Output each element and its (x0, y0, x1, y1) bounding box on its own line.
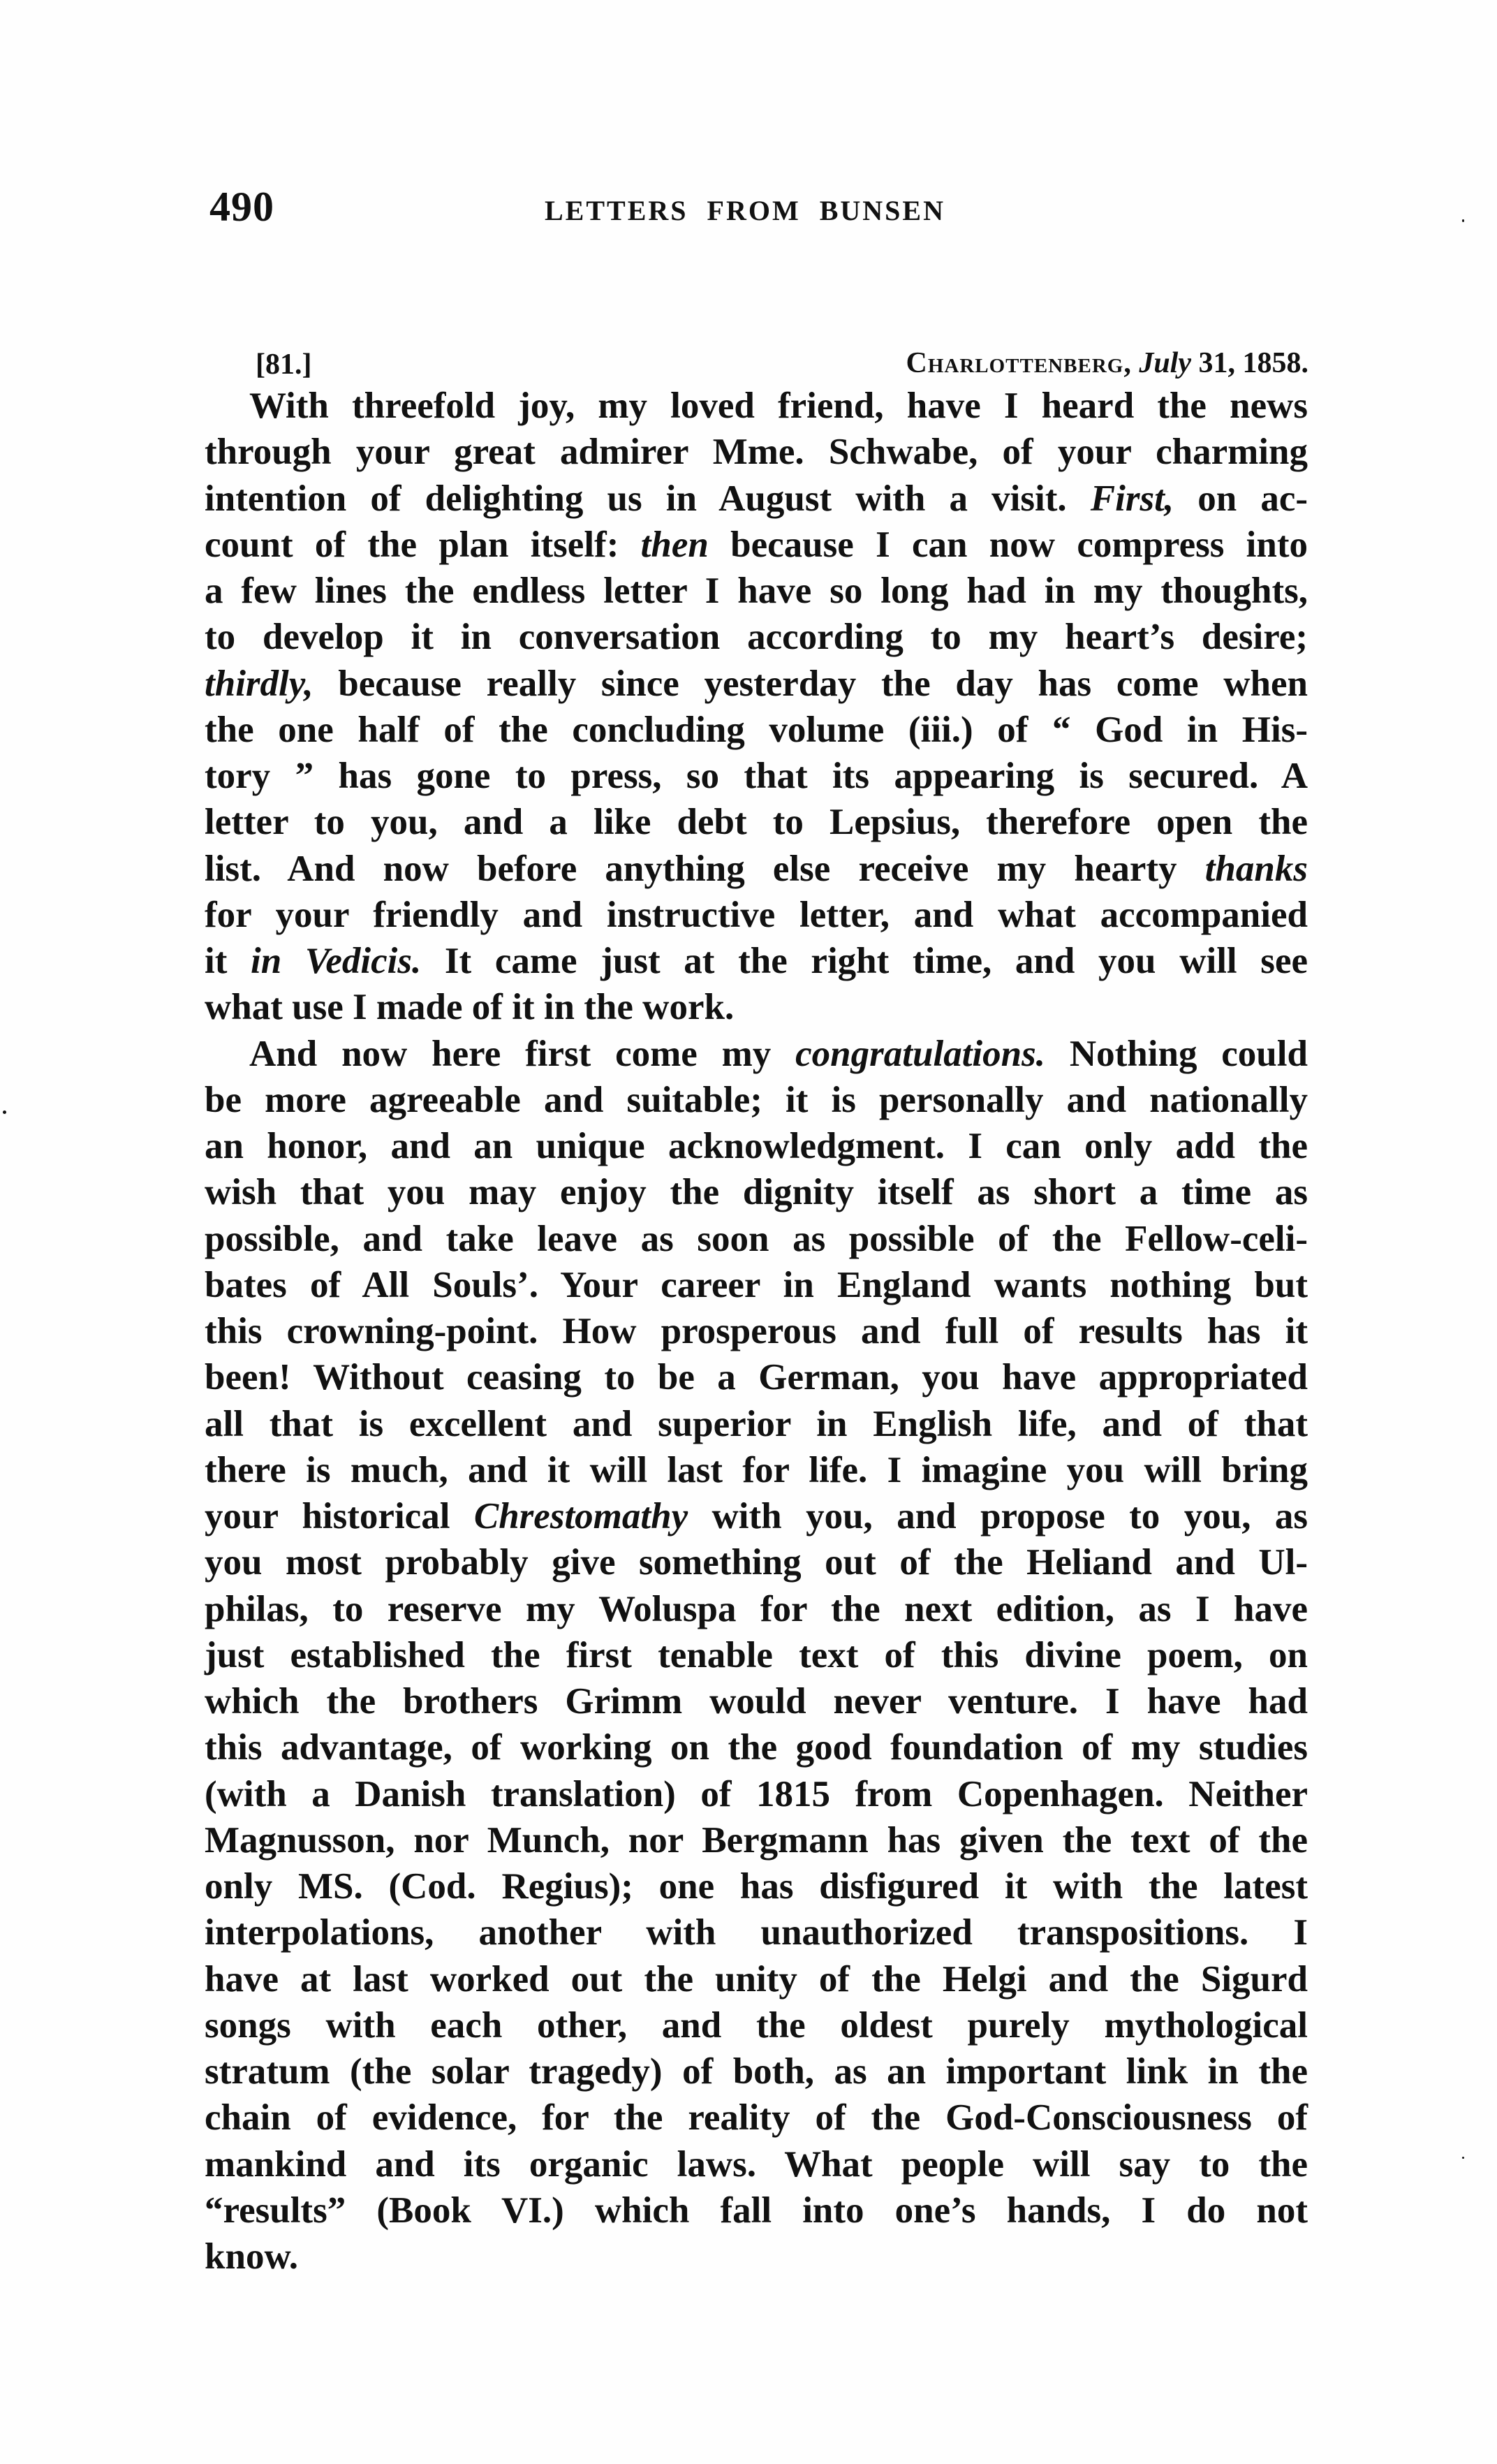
text-line: With threefold joy, my loved friend, hav… (205, 383, 1308, 429)
text-line: wish that you may enjoy the dignity itse… (205, 1169, 1308, 1215)
italic-phrase: First, (1091, 478, 1174, 519)
text-run: have at last worked out the unity of the… (205, 1959, 1308, 2000)
letter-day-year: 31, 1858. (1199, 347, 1309, 379)
text-run: for your friendly and instructive letter… (205, 895, 1308, 935)
text-line: it in Vedicis. It came just at the right… (205, 938, 1308, 984)
text-run: this crowning-point. How prosperous and … (205, 1311, 1308, 1351)
text-run: because I can now compress into (709, 525, 1308, 565)
italic-phrase: thirdly, (205, 663, 314, 704)
text-run: possible, and take leave as soon as poss… (205, 1219, 1308, 1259)
text-line: just established the first tenable text … (205, 1632, 1308, 1678)
text-run: this advantage, of working on the good f… (205, 1727, 1308, 1768)
text-run: just established the first tenable text … (205, 1635, 1308, 1675)
text-run: only MS. (Cod. Regius); one has disfigur… (205, 1866, 1308, 1907)
text-line: “results” (Book VI.) which fall into one… (205, 2187, 1308, 2234)
text-line: an honor, and an unique acknowledgment. … (205, 1123, 1308, 1169)
italic-phrase: in Vedicis. (251, 941, 421, 981)
text-line: a few lines the endless letter I have so… (205, 568, 1308, 614)
scan-speck (1462, 2157, 1464, 2159)
letter-number: [81.] (256, 348, 311, 381)
text-run: with you, and propose to you, as (688, 1496, 1308, 1537)
text-run: all that is excellent and superior in En… (205, 1404, 1308, 1444)
italic-phrase: then (641, 525, 709, 565)
text-line: possible, and take leave as soon as poss… (205, 1216, 1308, 1262)
text-line: Magnusson, nor Munch, nor Bergmann has g… (205, 1817, 1308, 1863)
scan-speck (1462, 219, 1464, 222)
letter-dateline: Charlottenberg, July 31, 1858. (906, 346, 1308, 380)
text-line: only MS. (Cod. Regius); one has disfigur… (205, 1863, 1308, 1909)
text-run: to develop it in conversation according … (205, 617, 1308, 657)
text-line: for your friendly and instructive letter… (205, 892, 1308, 938)
text-run: count of the plan itself: (205, 525, 641, 565)
text-run: letter to you, and a like debt to Lepsiu… (205, 802, 1308, 842)
text-run: songs with each other, and the oldest pu… (205, 2005, 1308, 2046)
text-line: to develop it in conversation according … (205, 614, 1308, 660)
text-run: the one half of the concluding volume (i… (205, 710, 1308, 750)
text-run: on ac- (1174, 478, 1308, 519)
text-run: which the brothers Grimm would never ven… (205, 1681, 1308, 1722)
text-run: It came just at the right time, and you … (421, 941, 1308, 981)
text-line: there is much, and it will last for life… (205, 1447, 1308, 1493)
text-line: letter to you, and a like debt to Lepsiu… (205, 799, 1308, 845)
text-run: you most probably give something out of … (205, 1542, 1308, 1583)
text-line: (with a Danish translation) of 1815 from… (205, 1771, 1308, 1817)
text-run: list. And now before anything else recei… (205, 849, 1205, 889)
text-run: your historical (205, 1496, 474, 1537)
text-run: With threefold joy, my loved friend, hav… (249, 386, 1308, 426)
text-line: intention of delighting us in August wit… (205, 476, 1308, 522)
text-line: which the brothers Grimm would never ven… (205, 1678, 1308, 1724)
text-run: And now here first come my (249, 1034, 795, 1074)
text-line: philas, to reserve my Woluspa for the ne… (205, 1586, 1308, 1632)
text-run: Magnusson, nor Munch, nor Bergmann has g… (205, 1820, 1308, 1861)
text-line: interpolations, another with unauthorize… (205, 1909, 1308, 1956)
text-line: the one half of the concluding volume (i… (205, 707, 1308, 753)
text-run: “results” (Book VI.) which fall into one… (205, 2190, 1308, 2231)
text-line: tory ” has gone to press, so that its ap… (205, 753, 1308, 799)
text-line: stratum (the solar tragedy) of both, as … (205, 2048, 1308, 2095)
italic-phrase: Chrestomathy (474, 1496, 688, 1537)
text-run: an honor, and an unique acknowledgment. … (205, 1126, 1308, 1166)
text-run: chain of evidence, for the reality of th… (205, 2097, 1308, 2138)
text-line: know. (205, 2234, 1308, 2280)
text-run: it (205, 941, 251, 981)
text-run: stratum (the solar tragedy) of both, as … (205, 2051, 1308, 2092)
text-run: what use I made of it in the work. (205, 987, 734, 1027)
text-run: tory ” has gone to press, so that its ap… (205, 756, 1308, 796)
text-run: Nothing could (1045, 1034, 1308, 1074)
text-line: be more agreeable and suitable; it is pe… (205, 1077, 1308, 1123)
letter-month: July (1139, 347, 1191, 379)
text-line: all that is excellent and superior in En… (205, 1401, 1308, 1447)
text-run: intention of delighting us in August wit… (205, 478, 1091, 519)
page-number: 490 (209, 183, 274, 231)
text-line: thirdly, because really since yesterday … (205, 661, 1308, 707)
text-line: count of the plan itself: then because I… (205, 522, 1308, 568)
text-line: been! Without ceasing to be a German, yo… (205, 1354, 1308, 1400)
letter-place: Charlottenberg, (906, 347, 1131, 379)
text-line: what use I made of it in the work. (205, 984, 1308, 1030)
text-run: (with a Danish translation) of 1815 from… (205, 1774, 1308, 1814)
text-line: you most probably give something out of … (205, 1539, 1308, 1585)
text-line: your historical Chrestomathy with you, a… (205, 1493, 1308, 1539)
text-run: bates of All Souls’. Your career in Engl… (205, 1265, 1308, 1305)
running-head: LETTERS FROM BUNSEN (545, 194, 945, 227)
book-page: 490 LETTERS FROM BUNSEN [81.] Charlotten… (0, 0, 1497, 2464)
italic-phrase: congratulations. (795, 1034, 1045, 1074)
text-line: this advantage, of working on the good f… (205, 1724, 1308, 1770)
text-run: philas, to reserve my Woluspa for the ne… (205, 1589, 1308, 1629)
text-run: mankind and its organic laws. What peopl… (205, 2144, 1308, 2185)
text-run: been! Without ceasing to be a German, yo… (205, 1357, 1308, 1398)
scan-speck (3, 1110, 6, 1114)
text-run: be more agreeable and suitable; it is pe… (205, 1080, 1308, 1120)
text-line: through your great admirer Mme. Schwabe,… (205, 429, 1308, 475)
text-line: And now here first come my congratulatio… (205, 1031, 1308, 1077)
text-line: list. And now before anything else recei… (205, 846, 1308, 892)
text-run: a few lines the endless letter I have so… (205, 571, 1308, 611)
text-line: chain of evidence, for the reality of th… (205, 2095, 1308, 2141)
text-run: because really since yesterday the day h… (314, 663, 1308, 704)
text-run: through your great admirer Mme. Schwabe,… (205, 432, 1308, 472)
text-run: wish that you may enjoy the dignity itse… (205, 1172, 1308, 1212)
italic-phrase: thanks (1205, 849, 1308, 889)
text-line: this crowning-point. How prosperous and … (205, 1308, 1308, 1354)
text-line: mankind and its organic laws. What peopl… (205, 2141, 1308, 2187)
text-run: there is much, and it will last for life… (205, 1450, 1308, 1490)
text-line: songs with each other, and the oldest pu… (205, 2002, 1308, 2048)
text-line: have at last worked out the unity of the… (205, 1956, 1308, 2002)
text-run: interpolations, another with unauthorize… (205, 1912, 1308, 1953)
text-run: know. (205, 2236, 298, 2277)
text-line: bates of All Souls’. Your career in Engl… (205, 1262, 1308, 1308)
